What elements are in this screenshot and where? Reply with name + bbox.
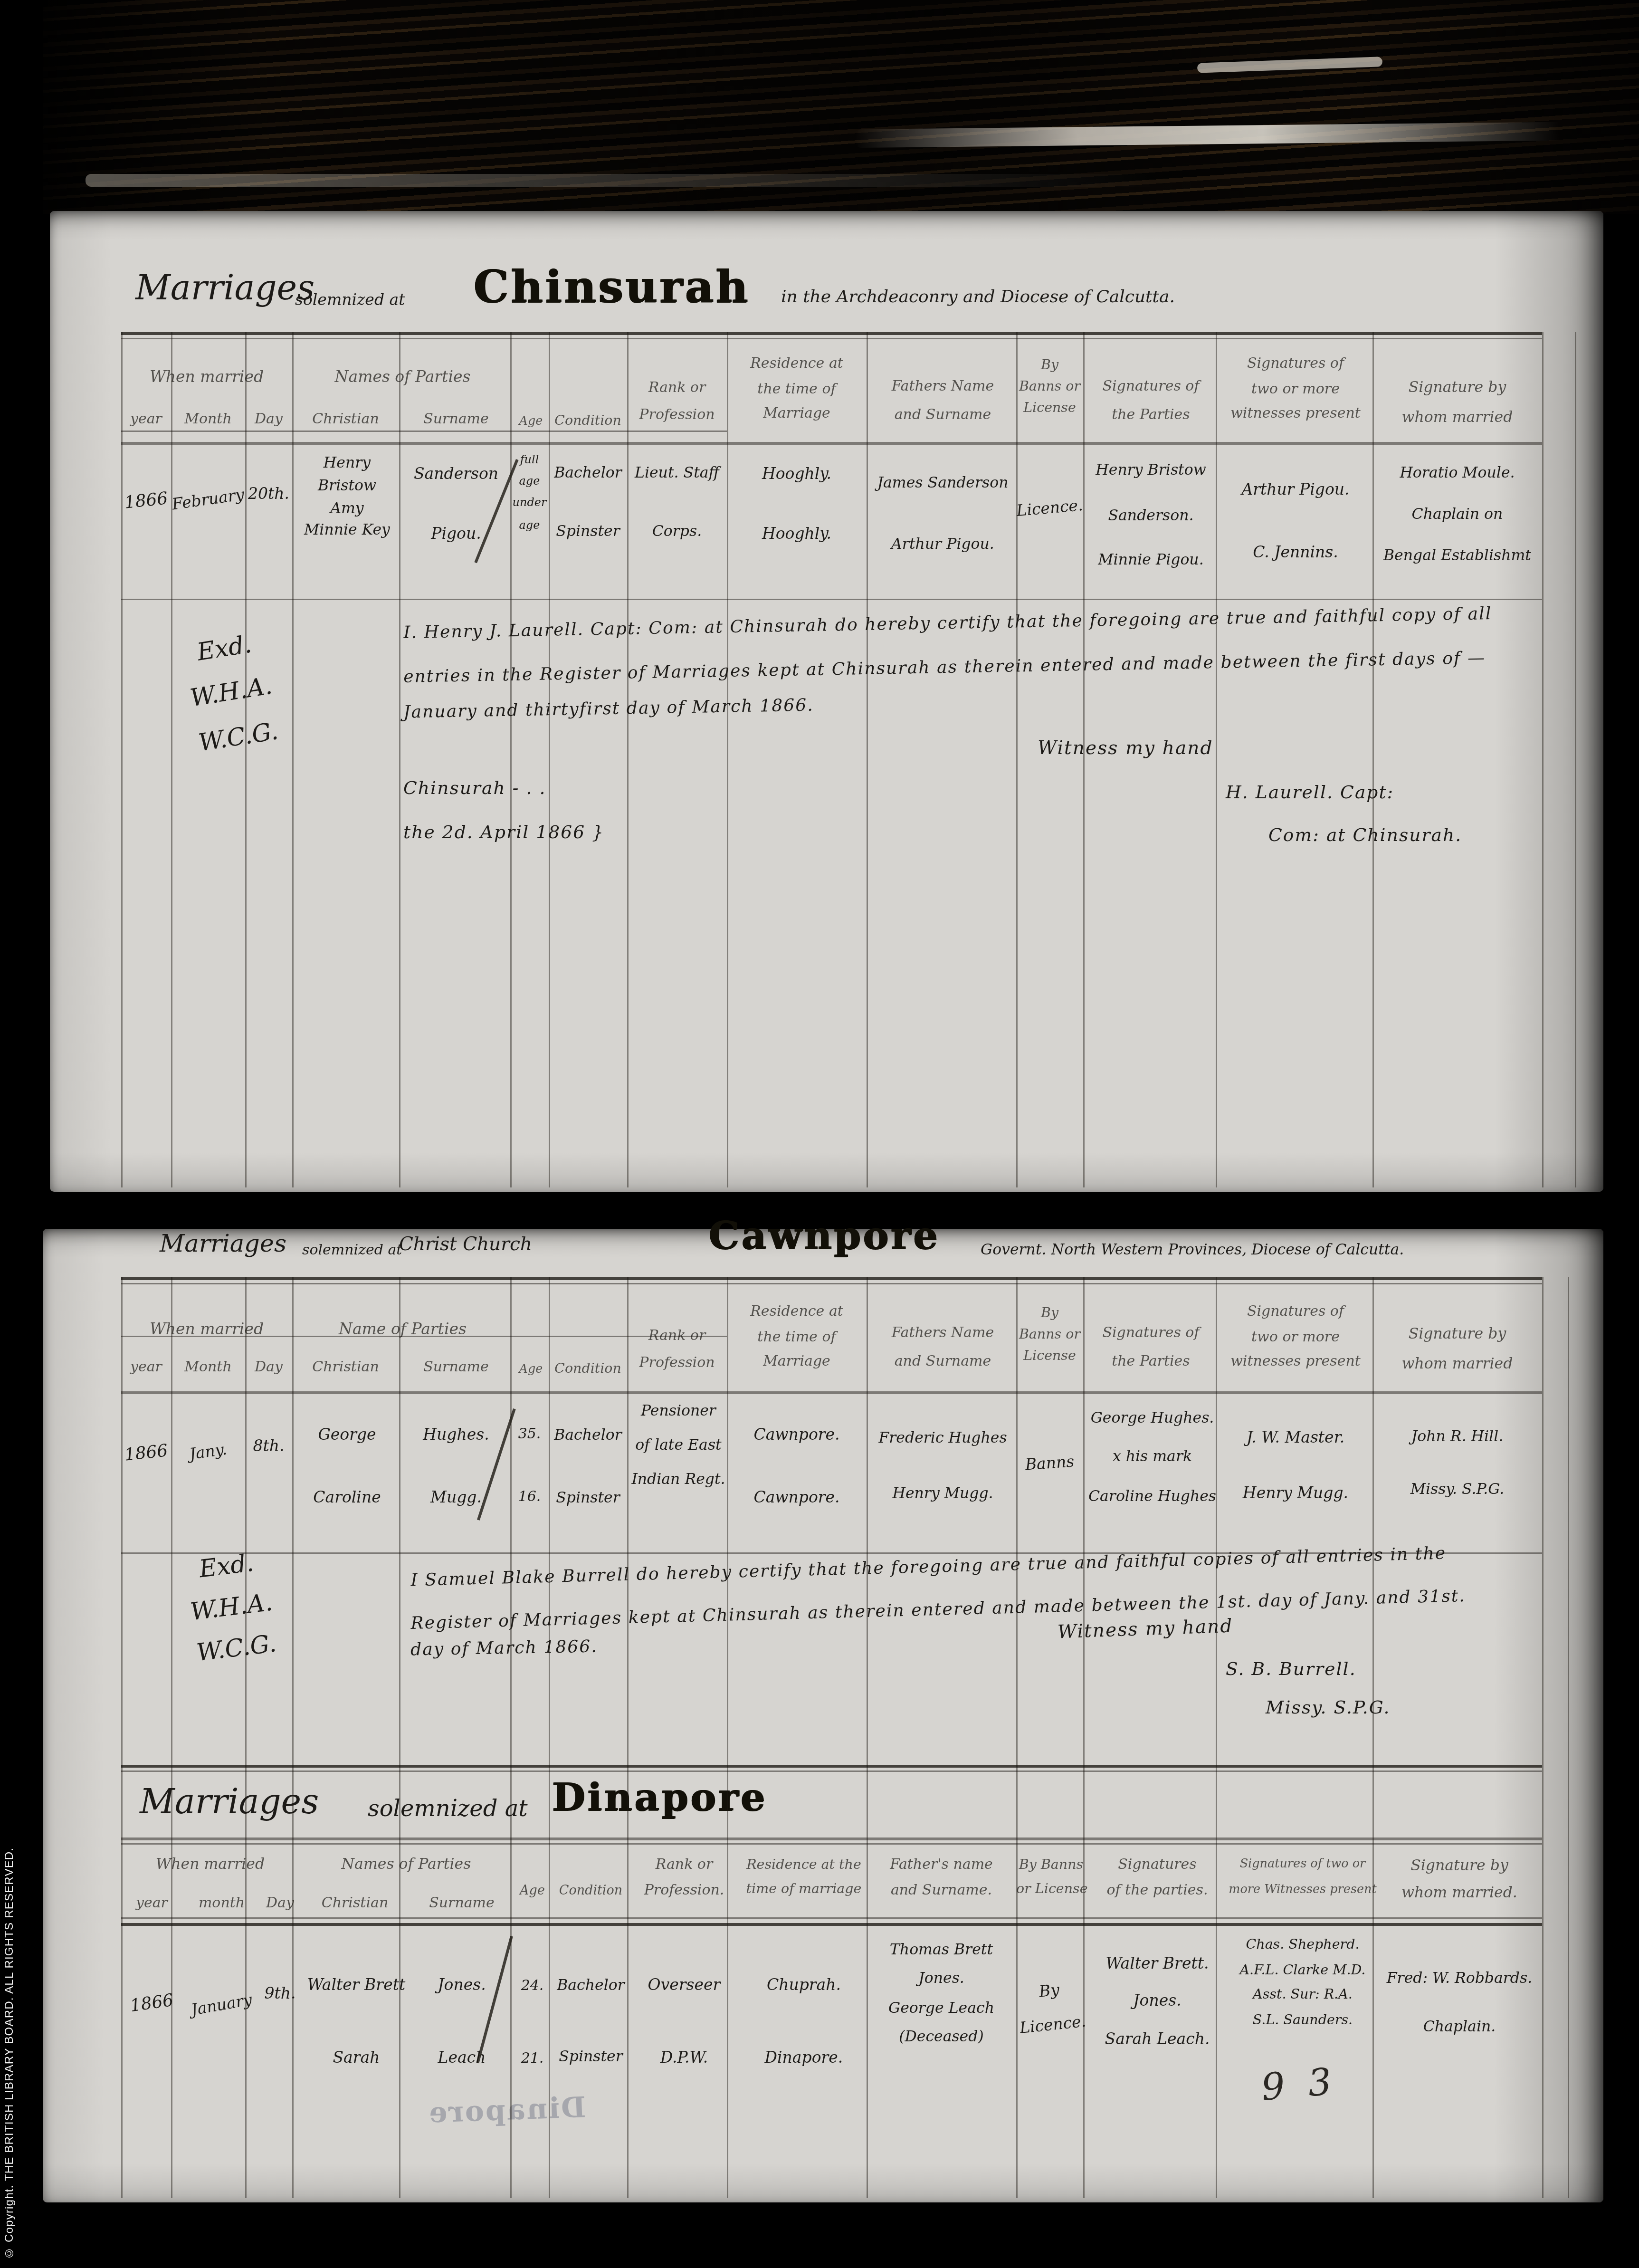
section-title-small: solemnized at <box>295 291 405 309</box>
column-rule <box>1372 332 1374 1187</box>
section-title-place: Chinsurah <box>473 262 750 314</box>
text-line: the time of <box>727 1325 867 1350</box>
cell-age: 24.21. <box>510 1950 554 2096</box>
verso-show-through-stamp: Dinapore <box>427 2090 586 2130</box>
text-line: Minnie Key <box>292 521 402 543</box>
column-header-year: year <box>121 1360 171 1376</box>
column-rule <box>399 1277 400 1765</box>
column-header-by-whom: Signature bywhom married <box>1372 373 1542 433</box>
cell-signatures-parties: George Hughes.x his markCaroline Hughes <box>1083 1400 1221 1517</box>
text-line: Chuprah. <box>741 1950 867 2022</box>
certifier-signature: H. Laurell. Capt: <box>1226 781 1394 803</box>
text-line: Arthur Pigou. <box>1216 459 1375 522</box>
section-title-church: Christ Church <box>399 1234 532 1256</box>
column-header-month: Month <box>171 1360 245 1376</box>
section-title-small: solemnized at <box>302 1243 402 1259</box>
text-line: Frederic Hughes <box>867 1411 1019 1467</box>
text-line: or License <box>1016 1877 1086 1902</box>
column-rule <box>1542 1277 1544 1765</box>
cell-rank: OverseerD.P.W. <box>627 1950 741 2095</box>
cell-father: Thomas BrettJones.George Leach(Deceased) <box>867 1936 1016 2053</box>
table-rule <box>121 1277 1542 1280</box>
column-header-condition: Condition <box>554 1885 627 1899</box>
column-header-residence: Residence atthe time ofMarriage <box>727 1300 867 1375</box>
text-line: whom married. <box>1377 1880 1542 1907</box>
column-rule <box>1575 332 1576 1187</box>
text-line: Marriage <box>727 1350 867 1375</box>
column-header-rank: Rank orProfession. <box>627 1853 741 1904</box>
column-header-condition: Condition <box>549 1361 627 1377</box>
text-line: By Banns <box>1016 1853 1086 1877</box>
text-line: two or more <box>1216 377 1375 402</box>
cell-signatures-parties: Walter Brett.Jones.Sarah Leach. <box>1086 1946 1229 2059</box>
column-header-surname: Surname <box>399 1360 513 1376</box>
text-line: D.P.W. <box>627 2022 741 2095</box>
column-rule <box>549 1765 550 2198</box>
text-line: 21. <box>510 2023 554 2096</box>
certifier-signature: S. B. Burrell. <box>1226 1658 1356 1679</box>
column-rule <box>627 1765 629 2198</box>
text-line: Thomas Brett <box>867 1936 1016 1965</box>
edge-light-streak <box>86 174 1511 187</box>
text-line: Pensioner <box>627 1394 730 1428</box>
column-header-year: year <box>121 1896 182 1912</box>
table-rule <box>121 1391 1542 1394</box>
text-line: of late East <box>627 1428 730 1463</box>
text-line: witnesses present <box>1216 1350 1375 1375</box>
column-rule <box>1542 332 1544 1187</box>
text-line: Signature by <box>1372 373 1542 403</box>
certifier-title: Com: at Chinsurah. <box>1268 824 1462 845</box>
column-header-by-whom: Signature bywhom married <box>1372 1320 1542 1380</box>
certificate-date: the 2d. April 1866 } <box>403 821 604 842</box>
text-line: Signatures of <box>1083 1320 1219 1349</box>
cell-by-whom: John R. Hill.Missy. S.P.G. <box>1372 1411 1542 1516</box>
column-rule <box>1568 1277 1569 2198</box>
text-line: Bristow <box>292 476 402 498</box>
text-line: Overseer <box>627 1950 741 2022</box>
column-rule <box>245 1277 247 1765</box>
column-header-signatures-parties: Signatures ofthe Parties <box>1083 1320 1219 1377</box>
text-line: Pigou. <box>396 504 516 564</box>
section-title-word: Marriages <box>160 1230 286 1259</box>
column-rule <box>510 1765 512 2198</box>
witness-my-hand: Witness my hand <box>1038 738 1213 760</box>
cell-age: fullageunderage <box>507 449 552 536</box>
cell-condition: BachelorSpinster <box>549 445 627 562</box>
text-line: x his mark <box>1083 1439 1221 1478</box>
column-header-banns: By Bannsor License <box>1016 1853 1086 1902</box>
column-rule <box>1542 1765 1544 2198</box>
column-rule <box>292 332 294 1187</box>
text-line: of the parties. <box>1086 1879 1229 1904</box>
column-rule <box>1216 1765 1217 2198</box>
text-line: Profession <box>627 402 727 429</box>
text-line: and Surname <box>867 1349 1019 1377</box>
text-line: By <box>1016 1303 1083 1325</box>
column-header-witnesses: Signatures oftwo or morewitnesses presen… <box>1216 1300 1375 1375</box>
cell-christian: GeorgeCaroline <box>292 1404 402 1530</box>
column-header-when-married: When married <box>121 368 292 386</box>
text-line: Spinster <box>549 503 627 562</box>
table-rule <box>121 1917 1542 1919</box>
table-rule <box>121 1552 1542 1554</box>
column-rule <box>245 1765 247 2198</box>
column-header-year: year <box>121 412 171 428</box>
column-rule <box>627 332 629 1187</box>
cell-rank: Lieut. StaffCorps. <box>627 445 727 562</box>
column-rule <box>171 332 172 1187</box>
text-line: Mugg. <box>399 1467 513 1530</box>
table-rule <box>121 442 1542 444</box>
table-rule <box>121 1336 727 1337</box>
table-rule <box>121 332 1542 335</box>
column-rule <box>1083 1765 1085 2198</box>
text-line: Spinster <box>549 1467 627 1530</box>
certificate-line: day of March 1866. <box>410 1636 598 1660</box>
text-line: Sanderson <box>396 445 516 504</box>
text-line: Caroline <box>292 1467 402 1530</box>
text-line: 16. <box>507 1467 552 1530</box>
text-line: Caroline Hughes <box>1083 1478 1221 1517</box>
text-line: Bachelor <box>554 1950 627 2022</box>
cell-father: Frederic HughesHenry Mugg. <box>867 1411 1019 1522</box>
column-header-day: Day <box>245 1360 292 1376</box>
column-rule <box>1016 332 1018 1187</box>
text-line: Bengal Establishmt <box>1372 536 1542 577</box>
column-header-rank: Rank orProfession <box>627 375 727 429</box>
examined-marginalia: Exd.W.H.A.W.C.G. <box>140 615 323 774</box>
text-line: Residence at the <box>741 1853 867 1877</box>
column-rule <box>549 332 550 1187</box>
cell-residence: Chuprah.Dinapore. <box>741 1950 867 2095</box>
column-rule <box>245 332 247 1187</box>
table-rule <box>121 1923 1542 1926</box>
column-rule <box>1083 332 1085 1187</box>
text-line: Walter Brett <box>299 1950 413 2022</box>
text-line: Spinster <box>554 2022 627 2094</box>
text-line: Rank or <box>627 1853 741 1879</box>
table-rule <box>121 1765 1542 1768</box>
text-line: and Surname <box>867 402 1019 431</box>
text-line: Walter Brett. <box>1086 1946 1229 1983</box>
text-line: John R. Hill. <box>1372 1411 1542 1464</box>
column-header-signatures-parties: Signaturesof the parties. <box>1086 1853 1229 1904</box>
column-rule <box>399 332 400 1187</box>
column-header-when-married: When married <box>121 1856 299 1873</box>
cell-day: 20th. <box>245 485 292 503</box>
text-line: Profession <box>627 1350 727 1377</box>
text-line: more Witnesses present <box>1229 1879 1377 1904</box>
column-rule <box>1372 1765 1374 2198</box>
text-line: Signatures <box>1086 1853 1229 1879</box>
register-scan: Marriages solemnized at Chinsurah in the… <box>0 0 1639 2268</box>
text-line: Signature by <box>1377 1853 1542 1880</box>
column-rule <box>727 332 728 1187</box>
column-header-names-of-parties: Names of Parties <box>299 1856 513 1873</box>
column-rule <box>1083 1277 1085 1765</box>
column-rule <box>867 332 868 1187</box>
text-line: the Parties <box>1083 1349 1219 1377</box>
column-header-names-of-parties: Names of Parties <box>292 368 513 386</box>
column-header-age: Age <box>510 415 552 429</box>
column-rule <box>549 1277 550 1765</box>
table-rule <box>121 338 1542 339</box>
text-line: Henry Mugg. <box>867 1467 1019 1522</box>
column-header-christian: Christian <box>299 1896 410 1912</box>
scan-photo-background: Marriages solemnized at Chinsurah in the… <box>0 0 1639 2268</box>
section-title-place: Cawnpore <box>708 1215 939 1259</box>
text-line: time of marriage <box>741 1877 867 1902</box>
column-header-by-whom: Signature bywhom married. <box>1377 1853 1542 1907</box>
text-line: George Hughes. <box>1083 1400 1221 1439</box>
cell-witnesses: Arthur Pigou.C. Jennins. <box>1216 459 1375 584</box>
cell-age: 35.16. <box>507 1404 552 1530</box>
text-line: Jones. <box>867 1965 1016 1994</box>
text-line: Rank or <box>627 375 727 402</box>
text-line: Sarah <box>299 2022 413 2095</box>
text-line: Bachelor <box>549 445 627 503</box>
column-header-month: Month <box>171 412 245 428</box>
column-header-witnesses: Signatures of two ormore Witnesses prese… <box>1229 1853 1377 1904</box>
column-header-surname: Surname <box>399 412 513 428</box>
table-rule <box>121 1770 1542 1772</box>
text-line: the time of <box>727 377 867 402</box>
column-rule <box>121 1277 123 1765</box>
text-line: Chaplain. <box>1377 2004 1542 2052</box>
cell-residence: Hooghly.Hooghly. <box>727 445 867 564</box>
column-rule <box>171 1277 172 1765</box>
text-line: Signatures of two or <box>1229 1853 1377 1879</box>
text-line: Fathers Name <box>867 1320 1019 1349</box>
column-header-witnesses: Signatures oftwo or morewitnesses presen… <box>1216 352 1375 427</box>
text-line: Lieut. Staff <box>627 445 727 503</box>
column-rule <box>1372 1277 1374 1765</box>
text-line: George <box>292 1404 402 1467</box>
text-line: Signatures of <box>1216 352 1375 377</box>
column-rule <box>727 1765 728 2198</box>
text-line: A.F.L. Clarke M.D. <box>1229 1958 1377 1983</box>
text-line: the Parties <box>1083 402 1219 431</box>
text-line: Henry Mugg. <box>1216 1466 1375 1522</box>
text-line: Profession. <box>627 1879 741 1904</box>
column-rule <box>867 1765 868 2198</box>
text-line: Residence at <box>727 1300 867 1325</box>
text-line: Dinapore. <box>741 2022 867 2095</box>
text-line: Sanderson. <box>1083 494 1219 539</box>
text-line: Asst. Sur: R.A. <box>1229 1983 1377 2008</box>
text-line: Henry Bristow <box>1083 449 1219 494</box>
cell-witnesses: J. W. Master.Henry Mugg. <box>1216 1411 1375 1521</box>
column-rule <box>1016 1765 1018 2198</box>
text-line: Sarah Leach. <box>1086 2021 1229 2058</box>
text-line: Arthur Pigou. <box>867 515 1019 576</box>
table-rule <box>121 431 727 432</box>
text-line: Banns or <box>1016 1325 1083 1347</box>
column-header-father: Fathers Nameand Surname <box>867 373 1019 431</box>
table-rule <box>121 1837 1542 1840</box>
cell-by-whom: Horatio Moule.Chaplain onBengal Establis… <box>1372 453 1542 577</box>
column-rule <box>867 1277 868 1765</box>
text-line: Signatures of <box>1083 373 1219 402</box>
text-line: Chaplain on <box>1372 495 1542 536</box>
table-rule <box>121 1843 1542 1845</box>
text-line: Bachelor <box>549 1404 627 1467</box>
column-header-condition: Condition <box>549 413 627 429</box>
text-line: Henry <box>292 453 402 476</box>
cell-condition: BachelorSpinster <box>549 1404 627 1530</box>
text-line: whom married <box>1372 1350 1542 1380</box>
column-header-residence: Residence at thetime of marriage <box>741 1853 867 1902</box>
cell-christian: HenryBristowAmyMinnie Key <box>292 453 402 543</box>
text-line: whom married <box>1372 403 1542 433</box>
text-line: License <box>1016 1346 1083 1368</box>
column-header-christian: Christian <box>292 412 399 428</box>
column-rule <box>1216 332 1217 1187</box>
column-header-residence: Residence atthe time ofMarriage <box>727 352 867 427</box>
text-line: Amy <box>292 498 402 521</box>
page-number: 9 3 <box>1259 2061 1339 2110</box>
column-header-father: Father's nameand Surname. <box>867 1853 1016 1904</box>
text-line: Horatio Moule. <box>1372 453 1542 495</box>
certifier-title: Missy. S.P.G. <box>1266 1696 1391 1718</box>
section-title-small: solemnized at <box>368 1795 528 1822</box>
text-line: age <box>507 471 552 493</box>
column-header-day: Day <box>245 412 292 428</box>
text-line: Hughes. <box>399 1404 513 1467</box>
table-rule <box>121 599 1542 600</box>
text-line: License <box>1016 398 1083 420</box>
column-rule <box>121 332 123 1187</box>
column-header-father: Fathers Nameand Surname <box>867 1320 1019 1377</box>
text-line: Cawnpore. <box>727 1404 867 1467</box>
text-line: Banns or <box>1016 377 1083 399</box>
column-header-banns: ByBanns orLicense <box>1016 355 1083 420</box>
text-line: Fathers Name <box>867 373 1019 402</box>
column-rule <box>121 1765 123 2198</box>
section-title-word: Marriages <box>135 268 314 308</box>
text-line: Indian Regt. <box>627 1463 730 1497</box>
text-line: Signature by <box>1372 1320 1542 1350</box>
certificate-place: Chinsurah - . . <box>403 777 546 798</box>
text-line: Leach <box>410 2022 513 2095</box>
text-line: two or more <box>1216 1325 1375 1350</box>
text-line: (Deceased) <box>867 2023 1016 2052</box>
cell-residence: Cawnpore.Cawnpore. <box>727 1404 867 1530</box>
table-rule <box>121 1283 1542 1284</box>
text-line: S.L. Saunders. <box>1229 2008 1377 2033</box>
cell-by-whom: Fred: W. Robbards.Chaplain. <box>1377 1956 1542 2052</box>
column-rule <box>292 1765 294 2198</box>
text-line: By <box>1016 355 1083 377</box>
text-line: Residence at <box>727 352 867 377</box>
text-line: Licence. <box>1016 2005 1089 2047</box>
text-line: Signatures of <box>1216 1300 1375 1325</box>
column-header-age: Age <box>510 1363 552 1377</box>
cell-signatures-parties: Henry BristowSanderson.Minnie Pigou. <box>1083 449 1219 584</box>
column-header-age: Age <box>510 1885 554 1899</box>
text-line: 35. <box>507 1404 552 1467</box>
column-header-rank: Rank orProfession <box>627 1323 727 1377</box>
examined-marginalia: Exd.W.H.A.W.C.G. <box>143 1537 320 1680</box>
text-line: J. W. Master. <box>1216 1411 1375 1466</box>
column-rule <box>727 1277 728 1765</box>
text-line: James Sanderson <box>867 453 1019 515</box>
column-header-banns: ByBanns orLicense <box>1016 1303 1083 1368</box>
cell-day: 8th. <box>245 1437 292 1455</box>
cell-christian: Walter BrettSarah <box>299 1950 413 2095</box>
copyright-notice: © Copyright. THE BRITISH LIBRARY BOARD. … <box>3 1689 16 2259</box>
text-line: Minnie Pigou. <box>1083 539 1219 584</box>
column-rule <box>1216 1277 1217 1765</box>
column-rule <box>510 1277 512 1765</box>
column-rule <box>510 332 512 1187</box>
text-line: Corps. <box>627 503 727 562</box>
text-line: Fred: W. Robbards. <box>1377 1956 1542 2004</box>
column-header-signatures-parties: Signatures ofthe Parties <box>1083 373 1219 431</box>
column-header-month: month <box>182 1896 261 1912</box>
column-rule <box>399 1765 400 2198</box>
section-title-suffix: Governt. North Western Provinces, Dioces… <box>981 1242 1404 1259</box>
text-line: Chas. Shepherd. <box>1229 1933 1377 1958</box>
text-line: witnesses present <box>1216 402 1375 427</box>
cell-surname: Jones.Leach <box>410 1950 513 2095</box>
text-line: under <box>507 492 552 514</box>
text-line: Father's name <box>867 1853 1016 1879</box>
text-line: age <box>507 514 552 536</box>
cell-father: James SandersonArthur Pigou. <box>867 453 1019 576</box>
column-rule <box>171 1765 172 2198</box>
text-line: and Surname. <box>867 1879 1016 1904</box>
column-header-surname: Surname <box>410 1896 513 1912</box>
cell-witnesses: Chas. Shepherd.A.F.L. Clarke M.D.Asst. S… <box>1229 1933 1377 2033</box>
cell-rank: Pensionerof late EastIndian Regt. <box>627 1394 730 1497</box>
text-line: George Leach <box>867 1994 1016 2023</box>
text-line: Cawnpore. <box>727 1467 867 1530</box>
cell-banns: ByLicence. <box>1013 1971 1089 2047</box>
text-line: C. Jennins. <box>1216 522 1375 584</box>
cell-condition: BachelorSpinster <box>554 1950 627 2094</box>
column-rule <box>1016 1277 1018 1765</box>
text-line: Hooghly. <box>727 445 867 504</box>
column-header-christian: Christian <box>292 1360 399 1376</box>
text-line: Marriage <box>727 402 867 427</box>
section-title-suffix: in the Archdeaconry and Diocese of Calcu… <box>781 287 1175 306</box>
text-line: Missy. S.P.G. <box>1372 1464 1542 1516</box>
text-line: Jones. <box>1086 1983 1229 2021</box>
column-rule <box>292 1277 294 1765</box>
column-rule <box>627 1277 629 1765</box>
section-title-place: Dinapore <box>552 1776 767 1820</box>
text-line: Hooghly. <box>727 504 867 564</box>
text-line: 24. <box>510 1950 554 2023</box>
